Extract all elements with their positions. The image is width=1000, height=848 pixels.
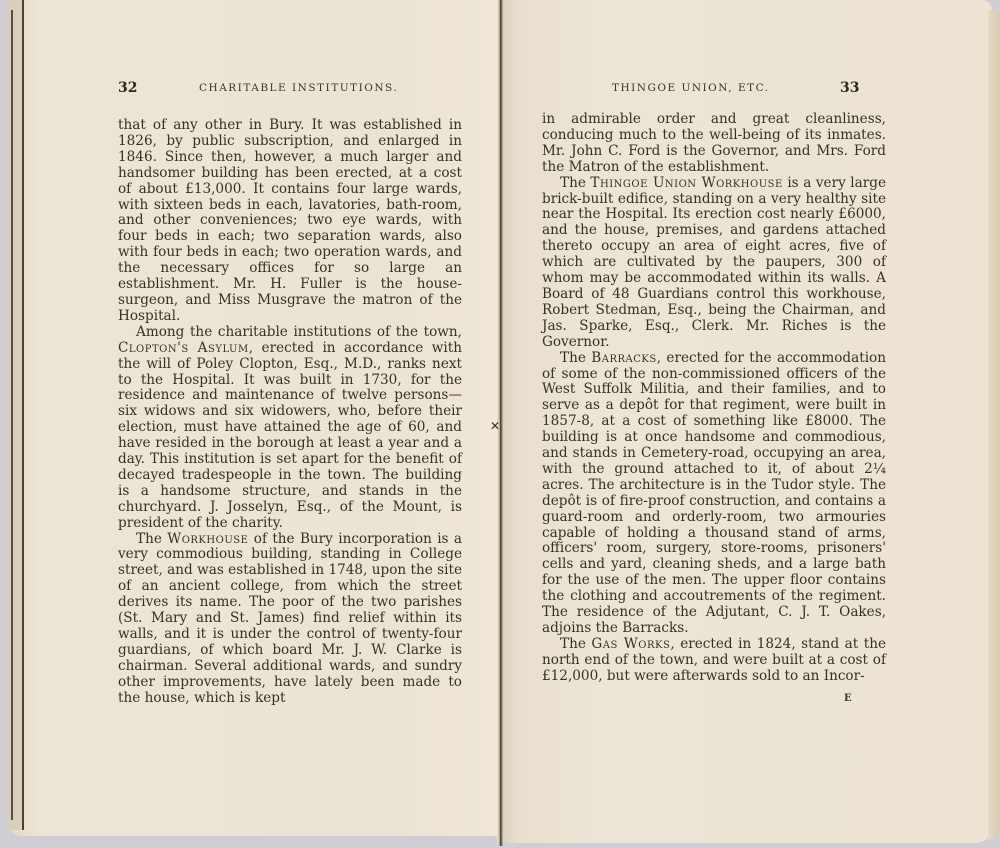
paragraph: The Thingoe Union Workhouse is a very la…	[542, 176, 886, 351]
signature-mark: E	[844, 693, 852, 704]
section-heading: Barracks	[591, 350, 656, 366]
paragraph: Among the charitable institutions of the…	[118, 325, 462, 532]
paragraph: The Barracks, erected for the accommodat…	[542, 351, 886, 637]
left-page-body: that of any other in Bury. It was establ…	[118, 118, 462, 707]
cover-edge-line	[11, 10, 13, 820]
section-heading: Gas Works	[591, 636, 670, 652]
paragraph: that of any other in Bury. It was establ…	[118, 118, 462, 325]
section-heading: Workhouse	[167, 531, 248, 547]
page-fore-edge	[988, 10, 1000, 840]
running-head-right: THINGOE UNION, ETC.	[612, 82, 770, 100]
right-page: THINGOE UNION, ETC. 33 in admirable orde…	[500, 0, 992, 843]
right-page-body: in admirable order and great cleanliness…	[542, 112, 886, 685]
paragraph: The Gas Works, erected in 1824, stand at…	[542, 637, 886, 685]
paragraph-text: , erected in accordance with the will of…	[118, 340, 462, 531]
paragraph: in admirable order and great cleanliness…	[542, 112, 886, 176]
paragraph-text: , erected for the accommodation of some …	[542, 350, 886, 636]
paragraph-text: in admirable order and great cleanliness…	[542, 111, 886, 175]
binding-thread-icon: ✕	[490, 424, 510, 428]
section-heading: Thingoe Union Workhouse	[590, 175, 782, 191]
left-page: 32 CHARITABLE INSTITUTIONS. that of any …	[8, 0, 500, 836]
page-number-right: 33	[840, 80, 859, 96]
paragraph-text: of the Bury incorporation is a very comm…	[118, 531, 462, 706]
section-heading: Clopton's Asylum	[118, 340, 249, 356]
open-book: 32 CHARITABLE INSTITUTIONS. that of any …	[0, 0, 1000, 848]
paragraph-text: that of any other in Bury. It was establ…	[118, 117, 462, 324]
paragraph-text: Among the charitable institutions of the…	[136, 324, 462, 340]
running-head-left: CHARITABLE INSTITUTIONS.	[199, 82, 398, 100]
paragraph-text: The	[560, 350, 591, 366]
page-number-left: 32	[118, 80, 137, 96]
paragraph-text: The	[560, 636, 591, 652]
paragraph: The Workhouse of the Bury incorporation …	[118, 532, 462, 707]
paragraph-text: The	[136, 531, 167, 547]
paragraph-text: The	[560, 175, 590, 191]
paragraph-text: is a very large brick-built edifice, sta…	[542, 175, 886, 350]
